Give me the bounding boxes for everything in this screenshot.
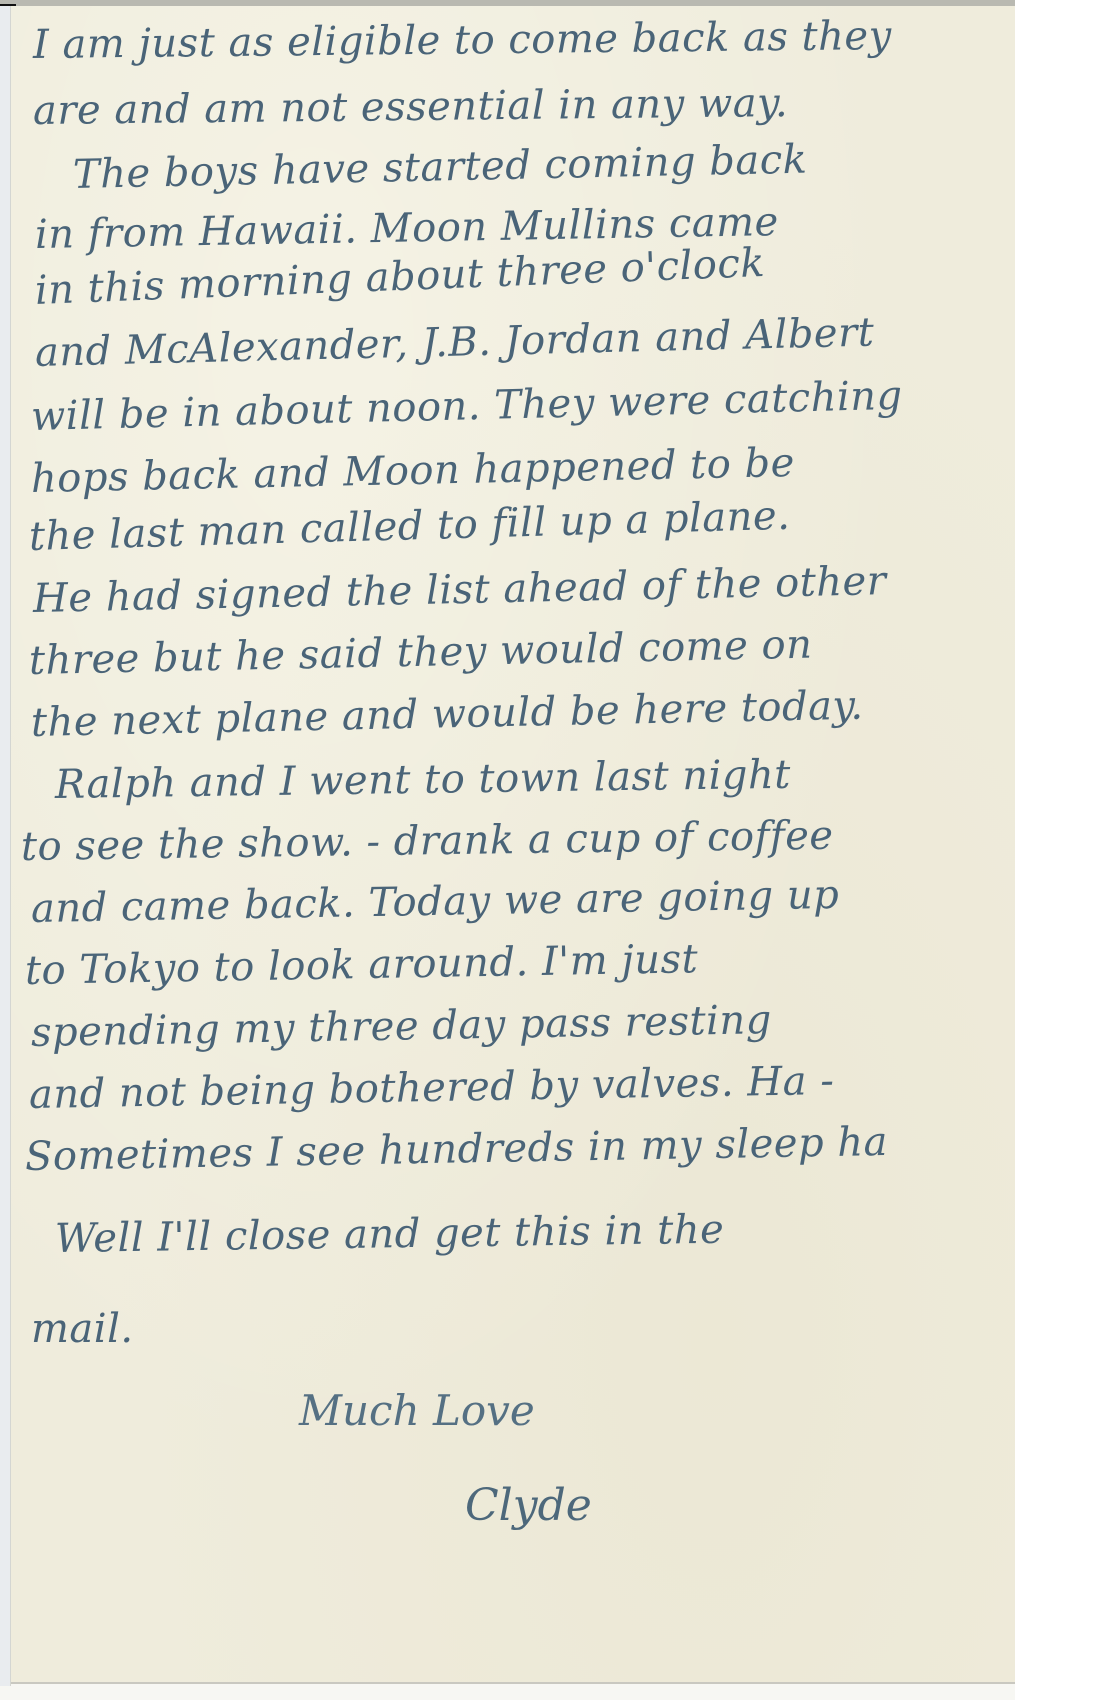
letter-line-6: and McAlexander, J.B. Jordan and Albert — [34, 309, 874, 375]
letter-line-17: spending my three day pass resting — [31, 997, 773, 1056]
scan-left-border — [0, 6, 11, 1686]
letter-line-10: He had signed the list ahead of the othe… — [33, 558, 887, 622]
letter-line-7: will be in about noon. They were catchin… — [30, 373, 903, 440]
letter-line-2: are and am not essential in any way. — [33, 80, 789, 134]
letter-line-9: the last man called to fill up a plane. — [28, 493, 791, 560]
scanned-letter-page: I am just as eligible to come back as th… — [0, 0, 1015, 1700]
letter-line-8: hops back and Moon happened to be — [31, 440, 796, 502]
letter-line-15: and came back. Today we are going up — [31, 872, 840, 932]
letter-line-19: Sometimes I see hundreds in my sleep ha — [25, 1119, 889, 1180]
letter-line-20: Well I'll close and get this in the — [55, 1207, 725, 1262]
letter-line-12: the next plane and would be here today. — [31, 683, 864, 746]
letter-signature: Clyde — [465, 1480, 592, 1531]
letter-line-3: The boys have started coming back — [73, 137, 808, 198]
scan-bottom-edge — [11, 1682, 1015, 1684]
letter-paper: I am just as eligible to come back as th… — [11, 6, 1015, 1682]
letter-line-16: to Tokyo to look around. I'm just — [25, 936, 699, 994]
letter-line-14: to see the show. - drank a cup of coffee — [21, 813, 834, 870]
letter-line-21: mail. — [31, 1306, 134, 1352]
letter-line-18: and not being bothered by valves. Ha - — [29, 1058, 835, 1118]
letter-line-1: I am just as eligible to come back as th… — [33, 13, 892, 68]
letter-line-13: Ralph and I went to town last night — [55, 752, 791, 808]
letter-line-11: three but he said they would come on — [29, 622, 813, 684]
letter-closing: Much Love — [299, 1386, 535, 1435]
